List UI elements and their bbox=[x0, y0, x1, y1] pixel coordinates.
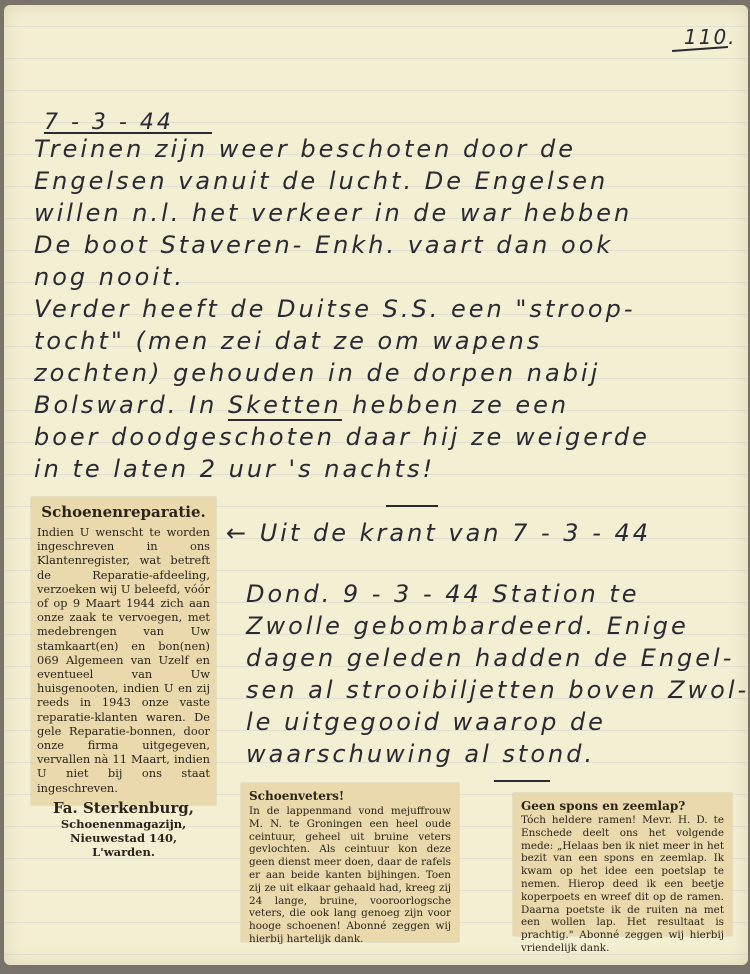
clipping-address: Nieuwestad 140, L'warden. bbox=[37, 831, 210, 859]
entry-line: zochten) gehouden in de dorpen nabij bbox=[34, 357, 650, 389]
clipping-body: In de lappenmand vond mejuffrouw M. N. t… bbox=[249, 805, 451, 946]
diary-entry-later: Dond. 9 - 3 - 44 Station te Zwolle gebom… bbox=[246, 578, 749, 770]
clipping-title: Schoenenreparatie. bbox=[37, 503, 210, 521]
entry-line: waarschuwing al stond. bbox=[246, 738, 749, 770]
diary-page: 110. 7 - 3 - 44 Treinen zijn weer bescho… bbox=[4, 5, 748, 965]
clipping-shop: Schoenenmagazijn, bbox=[37, 817, 210, 831]
entry-line: Engelsen vanuit de lucht. De Engelsen bbox=[34, 165, 650, 197]
entry-line: boer doodgeschoten daar hij ze weigerde bbox=[34, 421, 650, 453]
entry-line: in te laten 2 uur 's nachts! bbox=[34, 453, 650, 485]
underlined-place-name: Sketten bbox=[228, 391, 342, 421]
entry-line-text: hebben ze een bbox=[352, 391, 569, 419]
entry-line: Treinen zijn weer beschoten door de bbox=[34, 133, 650, 165]
entry-line: Bolsward. In Sketten hebben ze een bbox=[34, 389, 650, 421]
clipping-body: Indien U wenscht te worden ingeschreven … bbox=[37, 525, 210, 795]
clipping-schoenveters: Schoenveters! In de lappenmand vond meju… bbox=[241, 783, 459, 942]
separator-rule bbox=[386, 505, 438, 507]
clipping-schoenenreparatie: Schoenenreparatie. Indien U wenscht te w… bbox=[31, 497, 216, 805]
entry-line: Verder heeft de Duitse S.S. een "stroop- bbox=[34, 293, 650, 325]
clipping-spons-en-zeemlap: Geen spons en zeemlap? Tóch heldere rame… bbox=[513, 793, 732, 936]
entry-line-text: Bolsward. In bbox=[34, 391, 217, 419]
entry-line: nog nooit. bbox=[34, 261, 650, 293]
newspaper-reference-note: ← Uit de krant van 7 - 3 - 44 bbox=[226, 517, 651, 549]
clipping-body: Tóch heldere ramen! Mevr. H. D. te Ensch… bbox=[521, 814, 724, 955]
entry-line: le uitgegooid waarop de bbox=[246, 706, 749, 738]
entry-line: Dond. 9 - 3 - 44 Station te bbox=[246, 578, 749, 610]
clipping-signature: Fa. Sterkenburg, bbox=[37, 799, 210, 817]
clipping-title: Schoenveters! bbox=[249, 789, 451, 803]
diary-entry: Treinen zijn weer beschoten door de Enge… bbox=[34, 133, 650, 485]
entry-line: Zwolle gebombardeerd. Enige bbox=[246, 610, 749, 642]
entry-line: dagen geleden hadden de Engel- bbox=[246, 642, 749, 674]
entry-line: tocht" (men zei dat ze om wapens bbox=[34, 325, 650, 357]
entry-line: sen al strooibiljetten boven Zwol- bbox=[246, 674, 749, 706]
clipping-title: Geen spons en zeemlap? bbox=[521, 799, 724, 813]
separator-rule bbox=[494, 780, 550, 782]
entry-line: De boot Staveren- Enkh. vaart dan ook bbox=[34, 229, 650, 261]
entry-line: willen n.l. het verkeer in de war hebben bbox=[34, 197, 650, 229]
